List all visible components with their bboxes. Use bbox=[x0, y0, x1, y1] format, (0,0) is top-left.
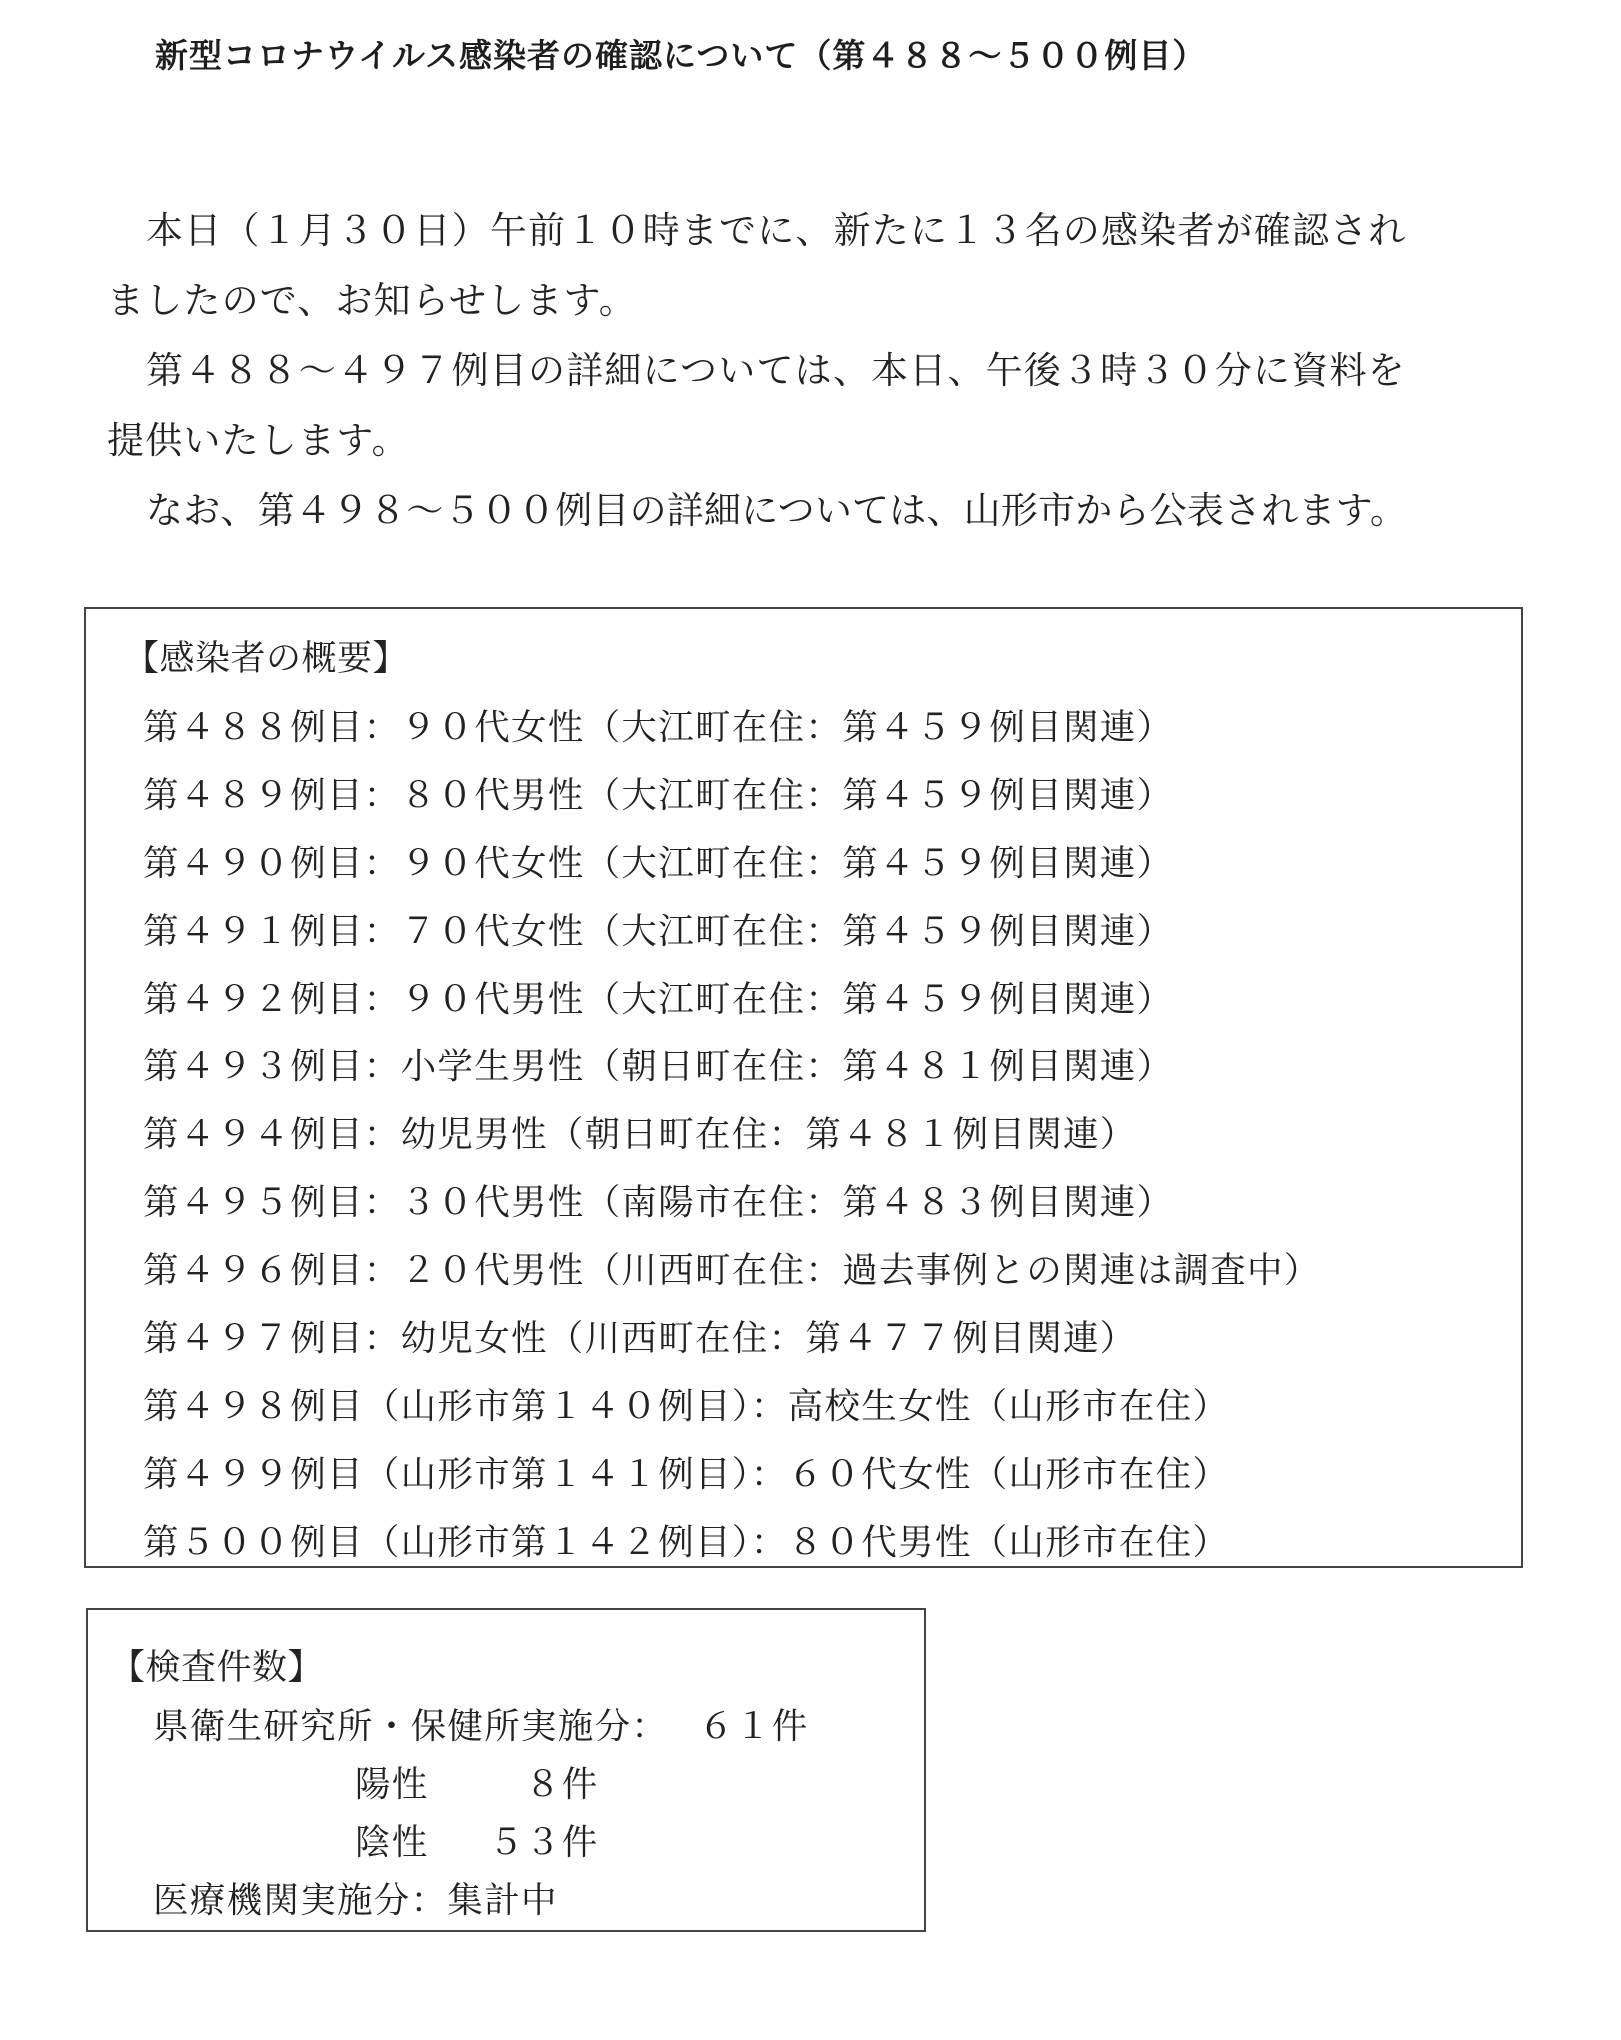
case-summary-box: 【感染者の概要】 第４８８例目：９０代女性（大江町在住：第４５９例目関連） 第４… bbox=[84, 607, 1523, 1568]
paragraph-announcement-line1: 本日（１月３０日）午前１０時までに、新たに１３名の感染者が確認され bbox=[146, 196, 1407, 266]
case-item-500: 第５００例目（山形市第１４２例目）：８０代男性（山形市在住） bbox=[143, 1509, 1321, 1577]
negative-tests-label: 陰性 bbox=[355, 1814, 429, 1865]
paragraph-yamagata-note: なお、第４９８～５００例目の詳細については、山形市から公表されます。 bbox=[146, 476, 1407, 546]
case-item-499: 第４９９例目（山形市第１４１例目）：６０代女性（山形市在住） bbox=[143, 1441, 1321, 1509]
case-item-498: 第４９８例目（山形市第１４０例目）：高校生女性（山形市在住） bbox=[143, 1373, 1321, 1441]
case-item-494: 第４９４例目：幼児男性（朝日町在住：第４８１例目関連） bbox=[143, 1101, 1321, 1169]
case-item-492: 第４９２例目：９０代男性（大江町在住：第４５９例目関連） bbox=[143, 966, 1321, 1034]
case-list: 第４８８例目：９０代女性（大江町在住：第４５９例目関連） 第４８９例目：８０代男… bbox=[143, 694, 1321, 1577]
case-item-489: 第４８９例目：８０代男性（大江町在住：第４５９例目関連） bbox=[143, 762, 1321, 830]
paragraph-details-line1: 第４８８～４９７例目の詳細については、本日、午後３時３０分に資料を bbox=[146, 336, 1406, 406]
case-item-495: 第４９５例目：３０代男性（南陽市在住：第４８３例目関連） bbox=[143, 1169, 1321, 1237]
case-item-496: 第４９６例目：２０代男性（川西町在住：過去事例との関連は調査中） bbox=[143, 1237, 1321, 1305]
public-lab-tests-value: ６１件 bbox=[698, 1698, 808, 1749]
test-count-box: 【検査件数】 県衛生研究所・保健所実施分：６１件 陽性８件 陰性５３件 医療機関… bbox=[86, 1608, 926, 1932]
case-item-488: 第４８８例目：９０代女性（大江町在住：第４５９例目関連） bbox=[143, 694, 1321, 762]
document-title: 新型コロナウイルス感染者の確認について（第４８８～５００例目） bbox=[155, 30, 1455, 77]
public-lab-tests-label: 県衛生研究所・保健所実施分： bbox=[153, 1698, 668, 1749]
test-count-heading: 【検査件数】 bbox=[110, 1640, 323, 1690]
medical-institution-tests-value: 集計中 bbox=[447, 1872, 557, 1923]
paragraph-announcement-line2: ましたので、お知らせします。 bbox=[107, 266, 637, 336]
public-lab-tests-row: 県衛生研究所・保健所実施分：６１件 bbox=[153, 1698, 809, 1749]
paragraph-details-line2: 提供いたします。 bbox=[107, 406, 410, 476]
medical-institution-tests-row: 医療機関実施分：集計中 bbox=[153, 1872, 558, 1923]
case-item-490: 第４９０例目：９０代女性（大江町在住：第４５９例目関連） bbox=[143, 830, 1321, 898]
negative-tests-value: ５３件 bbox=[429, 1814, 599, 1865]
negative-tests-row: 陰性５３件 bbox=[355, 1814, 599, 1865]
case-summary-heading: 【感染者の概要】 bbox=[124, 631, 408, 681]
positive-tests-row: 陽性８件 bbox=[355, 1756, 599, 1807]
case-item-491: 第４９１例目：７０代女性（大江町在住：第４５９例目関連） bbox=[143, 898, 1321, 966]
positive-tests-label: 陽性 bbox=[355, 1756, 429, 1807]
medical-institution-tests-label: 医療機関実施分： bbox=[153, 1872, 447, 1923]
positive-tests-value: ８件 bbox=[429, 1756, 599, 1807]
case-item-493: 第４９３例目：小学生男性（朝日町在住：第４８１例目関連） bbox=[143, 1033, 1321, 1101]
case-item-497: 第４９７例目：幼児女性（川西町在住：第４７７例目関連） bbox=[143, 1305, 1321, 1373]
